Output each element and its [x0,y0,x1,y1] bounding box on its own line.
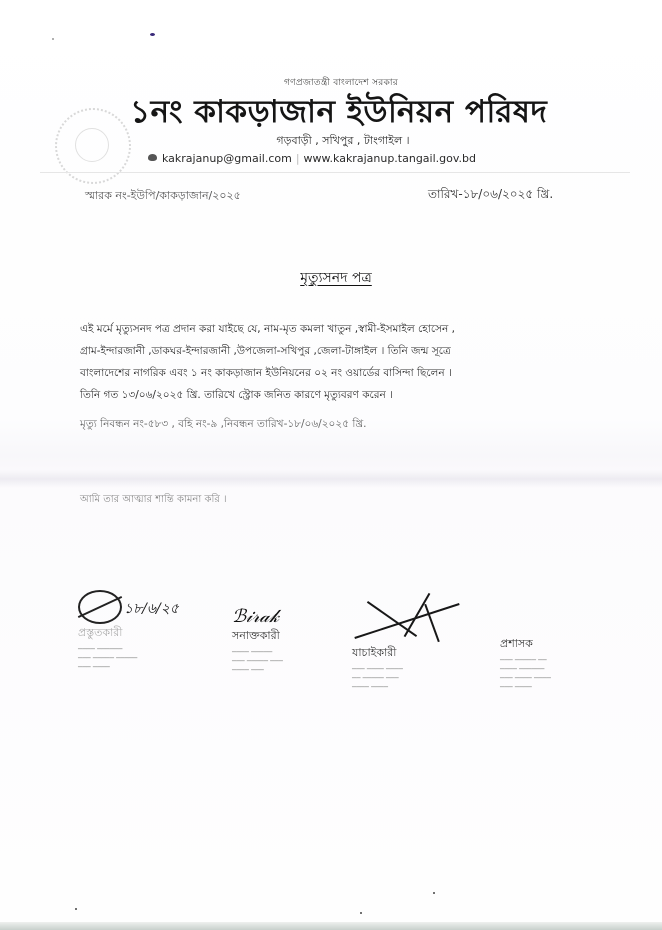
handwritten-date: ১৮/৬/২৫ [124,601,179,617]
ink-speck [52,38,54,40]
separator-icon: | [296,152,300,165]
header-divider [40,172,630,173]
handwritten-signature [352,600,452,640]
wish-line: আমি তার আত্মার শান্তি কামনা করি । [80,492,227,509]
handwritten-signature: ১৮/৬/২৫ [78,590,179,624]
body-line: এই মর্মে মৃত্যুসনদ পত্র প্রদান করা যাইছে… [80,318,576,340]
email-text: kakrajanup@gmail.com [162,152,292,165]
ink-speck [150,33,155,36]
ink-speck [75,908,77,910]
organization-address: গড়বাড়ী , সখিপুর , টাংগাইল । [0,132,662,151]
signatory-details-faded: ━━━━ ━━━━━━━━━ ━━━━━ ━━━━━━━━ ━━━━ [78,645,179,672]
email-icon [148,154,157,161]
signatory-role: প্রশাসক [500,635,551,654]
signatory-role: প্রস্তুতকারী [78,624,179,643]
signatory-role: যাচাইকারী [352,644,452,663]
memo-reference: স্মারক নং-ইউপি/কাকড়াজান/২০২৫ [85,187,241,206]
body-line: তিনি গত ১৩/০৬/২০২৫ খ্রি. তারিখে স্ট্রোক … [80,384,576,406]
body-line: গ্রাম-ইন্দারজানী ,ডাকঘর-ইন্দারজানী ,উপজে… [80,340,576,362]
memo-date: তারিখ-১৮/০৬/২০২৫ খ্রি. [428,186,553,206]
contact-line: kakrajanup@gmail.com|www.kakrajanup.tang… [148,152,476,165]
signature-scribble-icon [78,590,122,624]
certificate-body: এই মর্মে মৃত্যুসনদ পত্র প্রদান করা যাইছে… [80,318,576,406]
signatory-details-faded: ━━━ ━━━━ ━━━━━━ ━━━━━ ━━━━━━━ ━━━━ [352,665,452,692]
signature-block-administrator: প্রশাসক ━━━ ━━━━━ ━━━━━━ ━━━━━━━━━ ━━━━ … [500,635,551,692]
ink-speck [433,892,435,894]
signatory-role: সনাক্তকারী [232,627,283,646]
body-line: বাংলাদেশের নাগরিক এবং ১ নং কাকড়াজান ইউন… [80,362,576,384]
signature-block-preparer: ১৮/৬/২৫ প্রস্তুতকারী ━━━━ ━━━━━━━━━ ━━━━… [78,590,179,672]
handwritten-signature: ℬ𝒾𝓇𝒶𝓀 [232,606,283,627]
paper-bottom-edge [0,922,662,930]
signatory-details-faded: ━━━ ━━━━━ ━━━━━━ ━━━━━━━━━ ━━━━ ━━━━━━━ … [500,656,551,692]
registration-line: মৃত্যু নিবন্ধন নং-৫৮৩ , বহি নং-৯ ,নিবন্ধ… [80,417,367,434]
document-title-text: মৃত্যুসনদ পত্র [300,270,372,286]
ink-speck [360,912,362,914]
signatory-details-faded: ━━━━ ━━━━━━━━ ━━━━━ ━━━━━━━ ━━━ [232,648,283,675]
signature-block-verifier: যাচাইকারী ━━━ ━━━━ ━━━━━━ ━━━━━ ━━━━━━━ … [352,600,452,692]
signature-block-identifier: ℬ𝒾𝓇𝒶𝓀 সনাক্তকারী ━━━━ ━━━━━━━━ ━━━━━ ━━━… [232,606,283,675]
paper-fold-shadow [0,470,662,488]
website-text: www.kakrajanup.tangail.gov.bd [304,152,476,165]
document-title: মৃত্যুসনদ পত্র [0,266,662,290]
